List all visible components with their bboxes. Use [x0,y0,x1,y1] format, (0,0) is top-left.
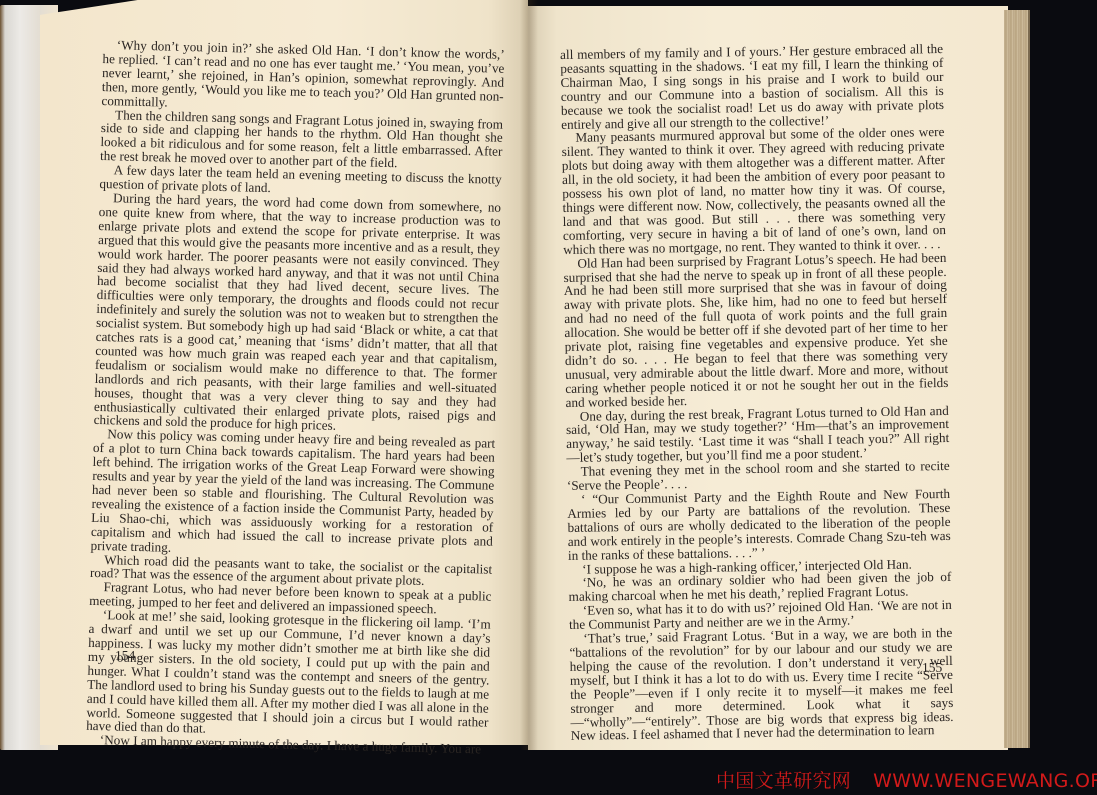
paragraph: ‘ “Our Communist Party and the Eighth Ro… [567,487,951,563]
paragraph: ‘Why don’t you join in?’ she asked Old H… [101,38,505,117]
paragraph: ‘Look at me!’ she said, looking grotesqu… [86,608,491,743]
watermark-chinese: 中国文革研究网 [716,770,851,792]
paragraph: Now this policy was coming under heavy f… [90,427,495,562]
page-number-right: 155 [922,660,942,676]
left-page-text: ‘Why don’t you join in?’ she asked Old H… [86,38,505,757]
paragraph: During the hard years, the word had come… [93,191,501,437]
paragraph: all members of my family and I of yours.… [560,42,944,131]
page-number-left: 154 [115,648,135,664]
watermark-url: WWW.WENGEWANG.ORG [873,770,1097,792]
paragraph: ‘That’s true,’ said Fragrant Lotus. ‘But… [569,626,954,743]
book-edge-right [1004,10,1030,748]
right-page-text: all members of my family and I of yours.… [560,42,954,743]
paragraph: Many peasants murmured approval but some… [561,125,946,256]
paragraph: Old Han had been surprised by Fragrant L… [563,251,948,410]
book-spine [520,0,538,750]
watermark: 中国文革研究网WWW.WENGEWANG.ORG [716,766,1097,793]
paragraph: One day, during the rest break, Fragrant… [566,404,950,466]
